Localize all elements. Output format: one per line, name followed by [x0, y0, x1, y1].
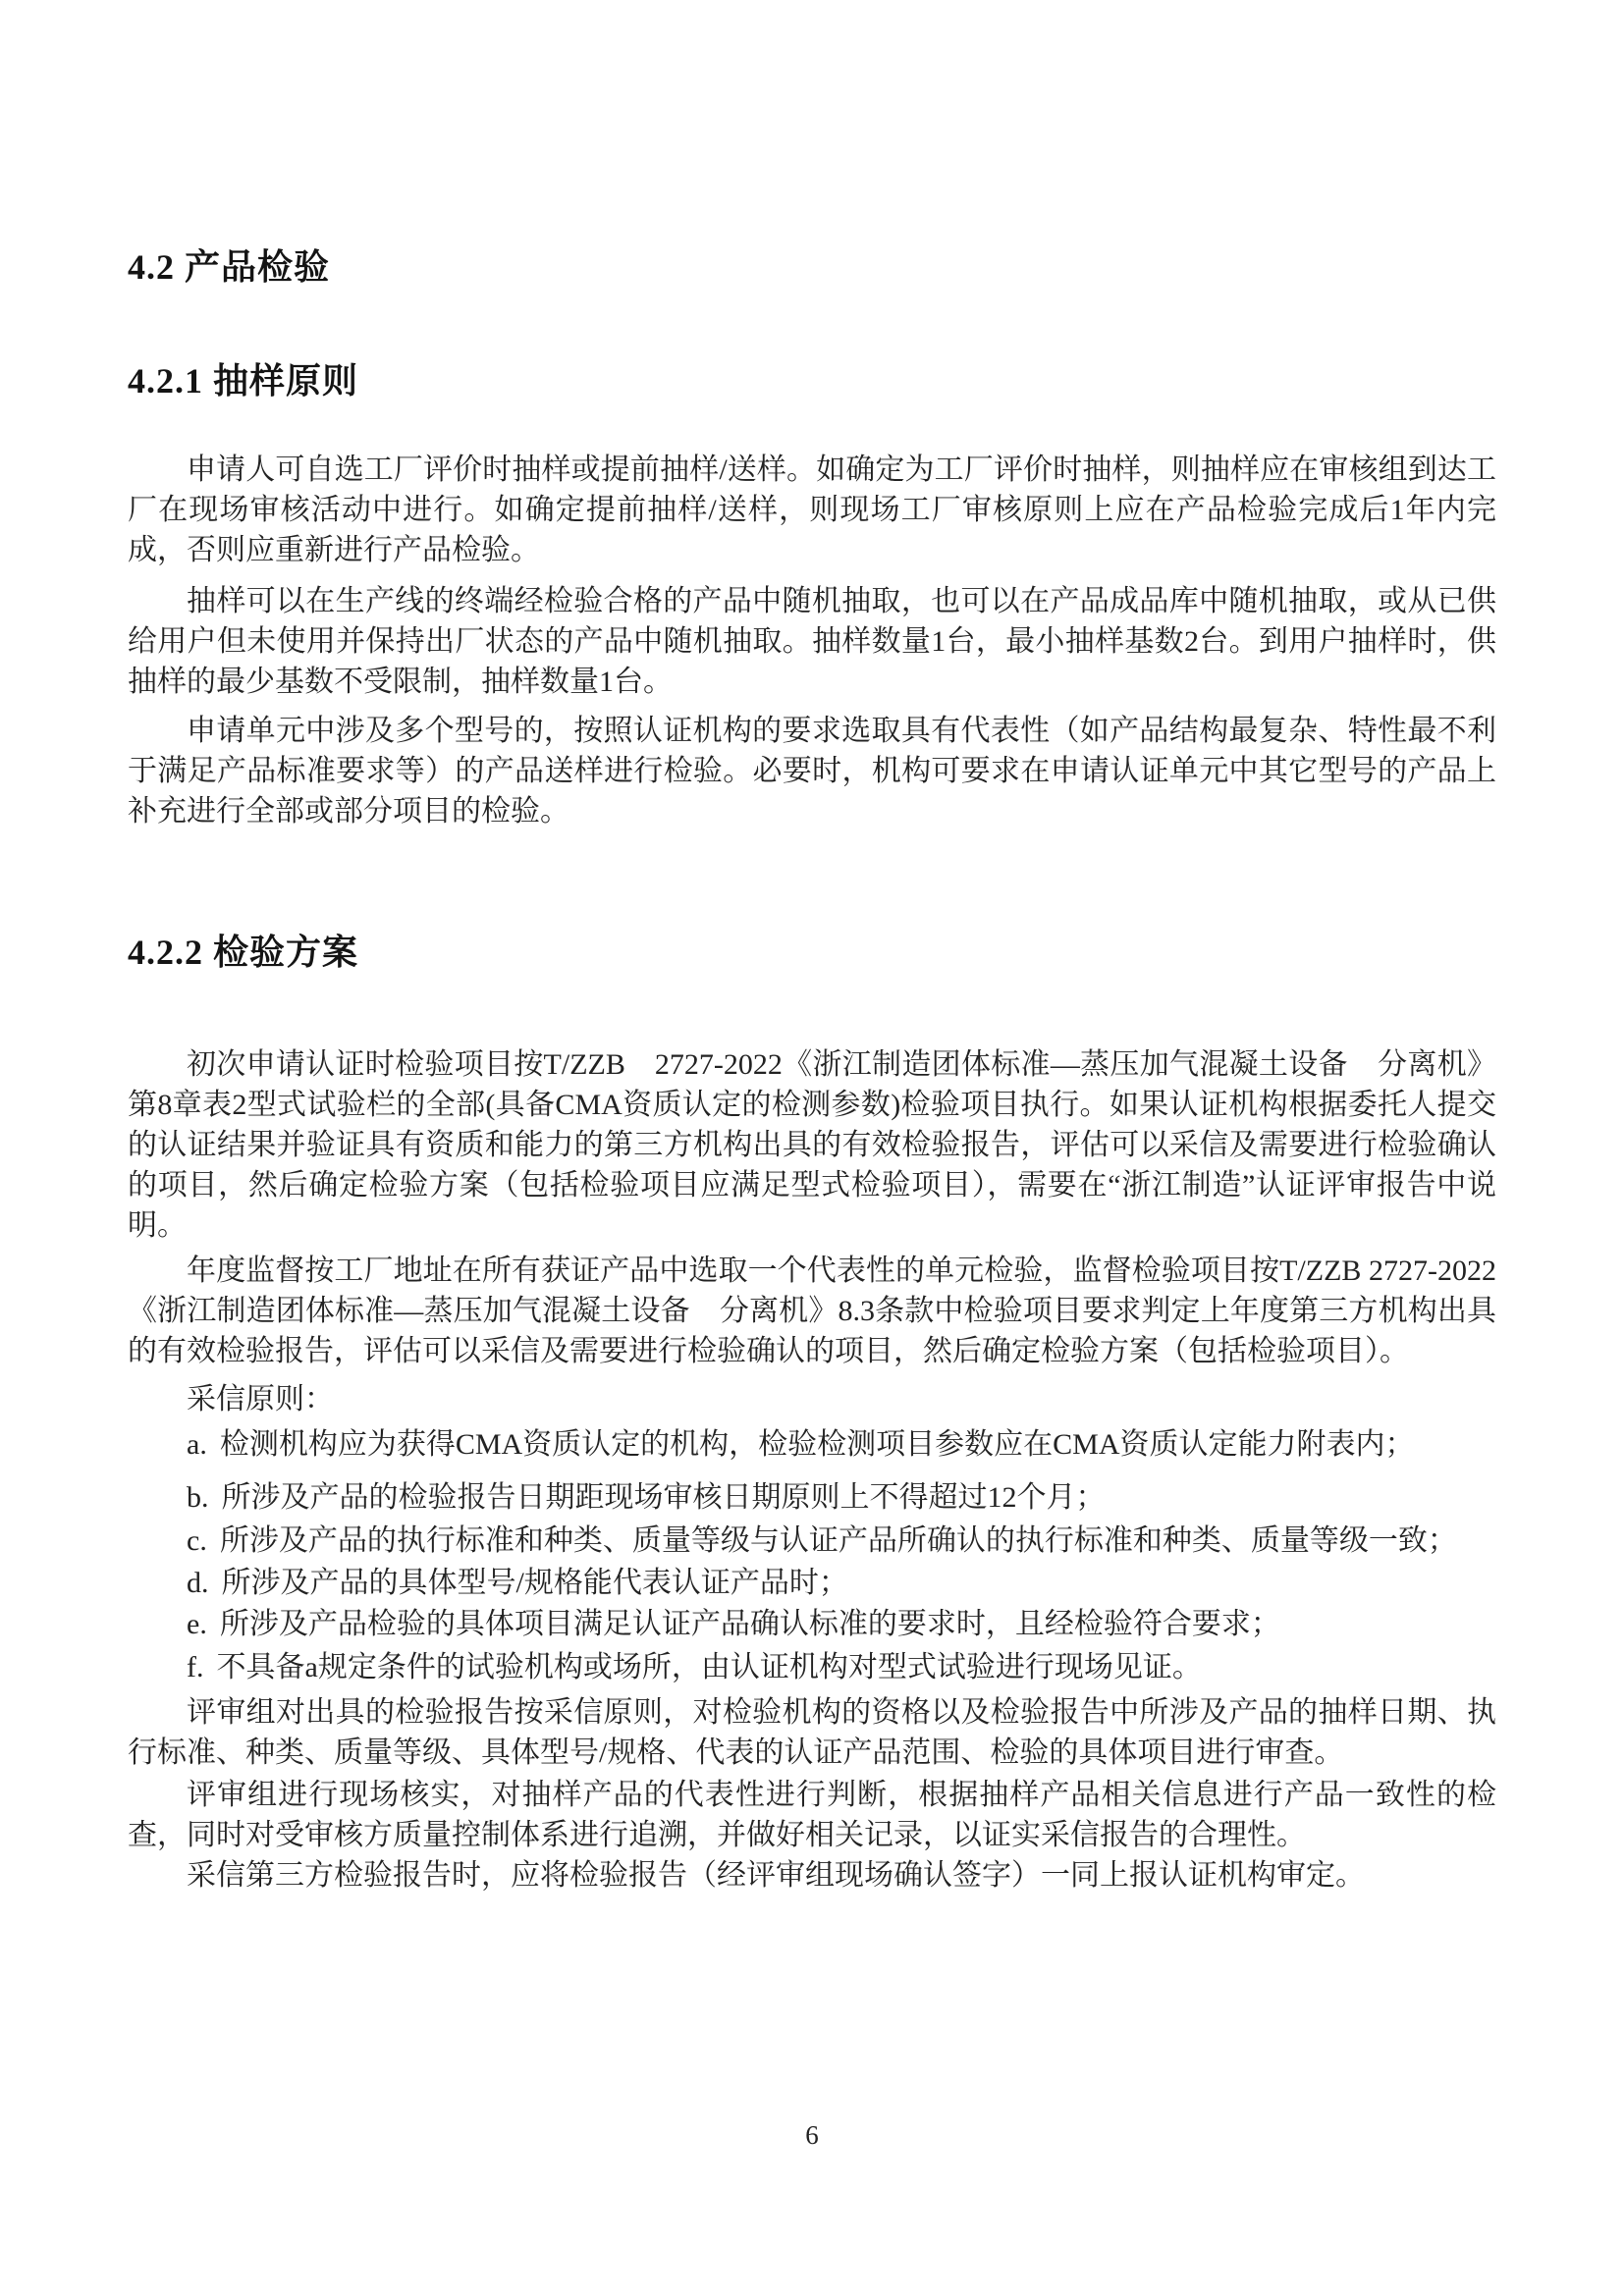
list-item-b-text: 所涉及产品的检验报告日期距现场审核日期原则上不得超过12个月；	[222, 1481, 1106, 1514]
list-item-e-text: 所涉及产品检验的具体项目满足认证产品确认标准的要求时，且经检验符合要求；	[220, 1608, 1280, 1640]
list-marker-e: e.	[187, 1608, 220, 1640]
paragraph-review-onsite: 评审组进行现场核实，对抽样产品的代表性进行判断，根据抽样产品相关信息进行产品一致…	[128, 1775, 1496, 1855]
list-marker-d: d.	[187, 1567, 222, 1599]
list-item-e: e.所涉及产品检验的具体项目满足认证产品确认标准的要求时，且经检验符合要求；	[128, 1604, 1496, 1644]
section-heading-4-2-2: 4.2.2 检验方案	[128, 931, 1496, 974]
paragraph-review-reports: 评审组对出具的检验报告按采信原则，对检验机构的资格以及检验报告中所涉及产品的抽样…	[128, 1692, 1496, 1773]
list-item-a-text: 检测机构应为获得CMA资质认定的机构，检验检测项目参数应在CMA资质认定能力附表…	[220, 1428, 1415, 1461]
list-item-a: a.检测机构应为获得CMA资质认定的机构，检验检测项目参数应在CMA资质认定能力…	[128, 1424, 1496, 1465]
paragraph-sampling-self-select: 申请人可自选工厂评价时抽样或提前抽样/送样。如确定为工厂评价时抽样，则抽样应在审…	[128, 450, 1496, 570]
paragraph-acceptance-principles-label: 采信原则：	[128, 1379, 1496, 1419]
list-item-d-text: 所涉及产品的具体型号/规格能代表认证产品时；	[222, 1567, 848, 1599]
list-item-b: b.所涉及产品的检验报告日期距现场审核日期原则上不得超过12个月；	[128, 1477, 1496, 1518]
paragraph-plan-initial-certification: 初次申请认证时检验项目按T/ZZB 2727-2022《浙江制造团体标准—蒸压加…	[128, 1044, 1496, 1246]
paragraph-sampling-models: 申请单元中涉及多个型号的，按照认证机构的要求选取具有代表性（如产品结构最复杂、特…	[128, 711, 1496, 831]
page-footer: 6	[0, 2120, 1624, 2151]
list-item-c-text: 所涉及产品的执行标准和种类、质量等级与认证产品所确认的执行标准和种类、质量等级一…	[220, 1524, 1457, 1557]
list-item-c: c.所涉及产品的执行标准和种类、质量等级与认证产品所确认的执行标准和种类、质量等…	[128, 1521, 1496, 1561]
paragraph-plan-annual-supervision: 年度监督按工厂地址在所有获证产品中选取一个代表性的单元检验，监督检验项目按T/Z…	[128, 1251, 1496, 1371]
list-marker-a: a.	[187, 1428, 220, 1461]
list-item-f-text: 不具备a规定条件的试验机构或场所，由认证机构对型式试验进行现场见证。	[217, 1651, 1202, 1683]
paragraph-review-submit: 采信第三方检验报告时，应将检验报告（经评审组现场确认签字）一同上报认证机构审定。	[128, 1855, 1496, 1896]
list-marker-c: c.	[187, 1524, 220, 1557]
paragraph-sampling-location: 抽样可以在生产线的终端经检验合格的产品中随机抽取，也可以在产品成品库中随机抽取，…	[128, 581, 1496, 702]
list-marker-f: f.	[187, 1651, 217, 1683]
document-page: 4.2 产品检验 4.2.1 抽样原则 申请人可自选工厂评价时抽样或提前抽样/送…	[0, 0, 1624, 2296]
list-item-d: d.所涉及产品的具体型号/规格能代表认证产品时；	[128, 1563, 1496, 1603]
page-number: 6	[805, 2120, 819, 2150]
list-marker-b: b.	[187, 1481, 222, 1514]
list-item-f: f.不具备a规定条件的试验机构或场所，由认证机构对型式试验进行现场见证。	[128, 1647, 1496, 1687]
section-heading-4-2: 4.2 产品检验	[128, 245, 1496, 289]
section-heading-4-2-1: 4.2.1 抽样原则	[128, 359, 1496, 402]
